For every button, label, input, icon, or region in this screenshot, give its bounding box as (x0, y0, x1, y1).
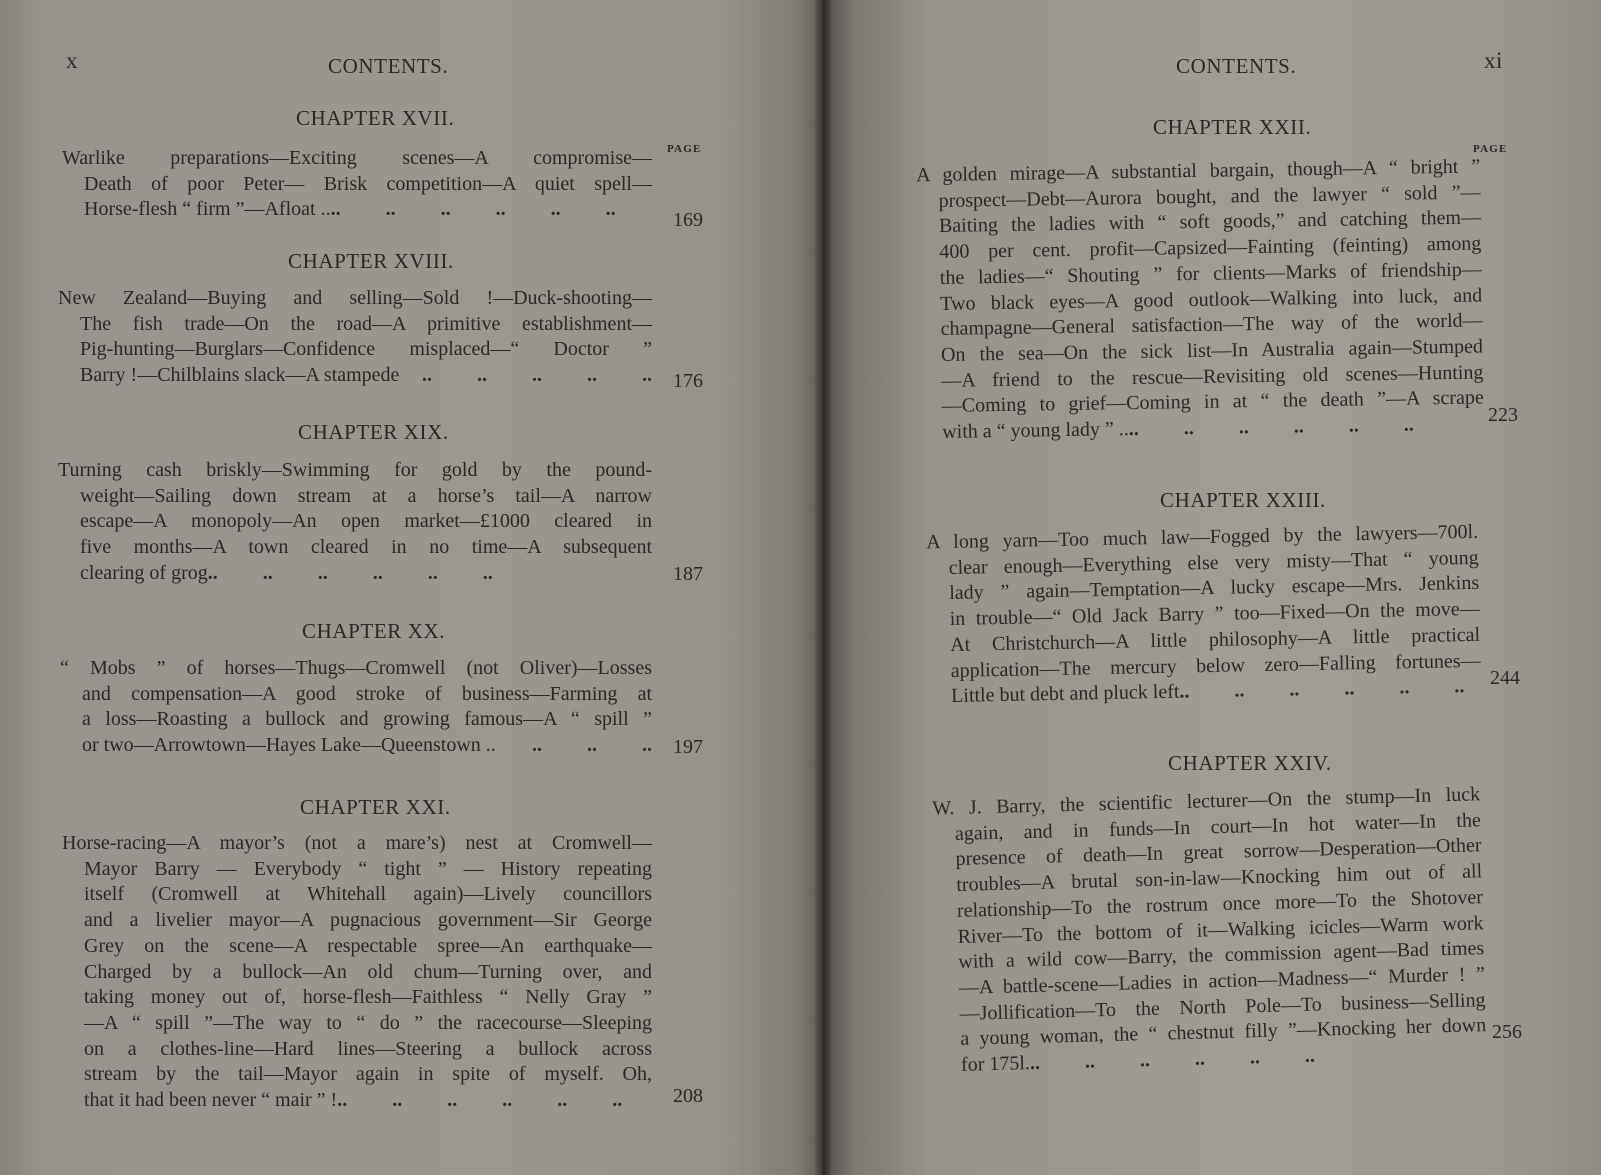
chapter-title: CHAPTER XXII. (1153, 115, 1311, 140)
synopsis-line: five months—A town cleared in no time—A … (80, 535, 652, 561)
synopsis-line: Charged by a bullock—An old chum—Turning… (84, 960, 652, 986)
synopsis-line: —A “ spill ”—The way to “ do ” the racec… (84, 1011, 652, 1037)
page-number: 223 (1488, 404, 1518, 427)
chapter-synopsis: A golden mirage—A substantial bargain, t… (938, 154, 1484, 445)
dot-leader (399, 363, 652, 389)
dot-leader (208, 561, 652, 587)
synopsis-line: Barry !—Chilblains slack—A stampede (80, 363, 652, 389)
synopsis-line: on a clothes-line—Hard lines—Steering a … (84, 1037, 652, 1063)
dot-leader (1129, 411, 1485, 442)
synopsis-line: weight—Sailing down stream at a horse’s … (80, 484, 652, 510)
synopsis-line: taking money out of, horse-flesh—Faithle… (84, 985, 652, 1011)
page-number: 187 (673, 563, 703, 586)
chapter-synopsis: Horse-racing—A mayor’s (not a mare’s) ne… (84, 831, 652, 1114)
book-gutter (814, 0, 832, 1175)
synopsis-line: Horse-racing—A mayor’s (not a mare’s) ne… (62, 831, 652, 857)
running-head: CONTENTS. (1176, 54, 1296, 79)
synopsis-line: itself (Cromwell at Whitehall again)—Liv… (84, 882, 652, 908)
synopsis-line: stream by the tail—Mayor again in spite … (84, 1062, 652, 1088)
folio: xi (1484, 48, 1503, 74)
synopsis-line: “ Mobs ” of horses—Thugs—Cromwell (not O… (60, 656, 652, 682)
synopsis-line: and a livelier mayor—A pugnacious govern… (84, 908, 652, 934)
chapter-title: CHAPTER XXIII. (1160, 488, 1326, 513)
dot-leader (331, 197, 652, 223)
running-head: CONTENTS. (328, 54, 448, 79)
chapter-synopsis: A long yarn—Too much law—Fogged by the l… (948, 520, 1481, 710)
left-page: x CONTENTS. CHAPTER XVII. PAGE Warlike p… (0, 0, 822, 1175)
open-book-spread: x CONTENTS. CHAPTER XVII. PAGE Warlike p… (0, 0, 1601, 1175)
synopsis-line: Pig-hunting—Burglars—Confidence misplace… (80, 337, 652, 363)
synopsis-line: The fish trade—On the road—A primitive e… (80, 312, 652, 338)
synopsis-line: Death of poor Peter— Brisk competition—A… (84, 172, 652, 198)
chapter-title: CHAPTER XVII. (296, 106, 454, 131)
page-number: 244 (1490, 667, 1520, 690)
chapter-title: CHAPTER XX. (302, 619, 445, 644)
chapter-synopsis: W. J. Barry, the scientific lecturer—On … (954, 782, 1487, 1078)
synopsis-line: and compensation—A good stroke of busine… (82, 682, 652, 708)
chapter-synopsis: Turning cash briskly—Swimming for gold b… (80, 458, 652, 587)
synopsis-line: Turning cash briskly—Swimming for gold b… (58, 458, 652, 484)
chapter-title: CHAPTER XIX. (298, 420, 449, 445)
synopsis-line: Warlike preparations—Exciting scenes—A c… (62, 146, 652, 172)
dot-leader (1179, 674, 1481, 705)
page-column-label: PAGE (667, 143, 702, 155)
synopsis-line: Grey on the scene—A respectable spree—An… (84, 934, 652, 960)
chapter-title: CHAPTER XXI. (300, 795, 451, 820)
synopsis-line: escape—A monopoly—An open market—£1000 c… (80, 509, 652, 535)
right-page: CONTENTS. xi CHAPTER XXII. PAGE A golden… (822, 0, 1601, 1175)
page-column-label: PAGE (1473, 143, 1508, 155)
chapter-synopsis: Warlike preparations—Exciting scenes—A c… (84, 146, 652, 223)
synopsis-line: that it had been never “ mair ” ! (84, 1088, 652, 1114)
chapter-title: CHAPTER XXIV. (1168, 751, 1332, 776)
synopsis-line: a loss—Roasting a bullock and growing fa… (82, 707, 652, 733)
chapter-synopsis: New Zealand—Buying and selling—Sold !—Du… (80, 286, 652, 389)
dot-leader (337, 1088, 652, 1114)
page-number: 176 (673, 370, 703, 393)
folio: x (66, 48, 78, 74)
chapter-title: CHAPTER XVIII. (288, 249, 454, 274)
page-number: 169 (673, 209, 703, 232)
synopsis-line: New Zealand—Buying and selling—Sold !—Du… (58, 286, 652, 312)
synopsis-line: Horse-flesh “ firm ”—Afloat .. (84, 197, 652, 223)
page-number: 197 (673, 736, 703, 759)
page-number: 208 (673, 1085, 703, 1108)
synopsis-line: or two—Arrowtown—Hayes Lake—Queenstown .… (82, 733, 652, 759)
page-number: 256 (1492, 1021, 1522, 1044)
dot-leader (496, 733, 652, 759)
synopsis-line: clearing of grog (80, 561, 652, 587)
synopsis-line: Mayor Barry — Everybody “ tight ” — Hist… (84, 857, 652, 883)
chapter-synopsis: “ Mobs ” of horses—Thugs—Cromwell (not O… (82, 656, 652, 759)
